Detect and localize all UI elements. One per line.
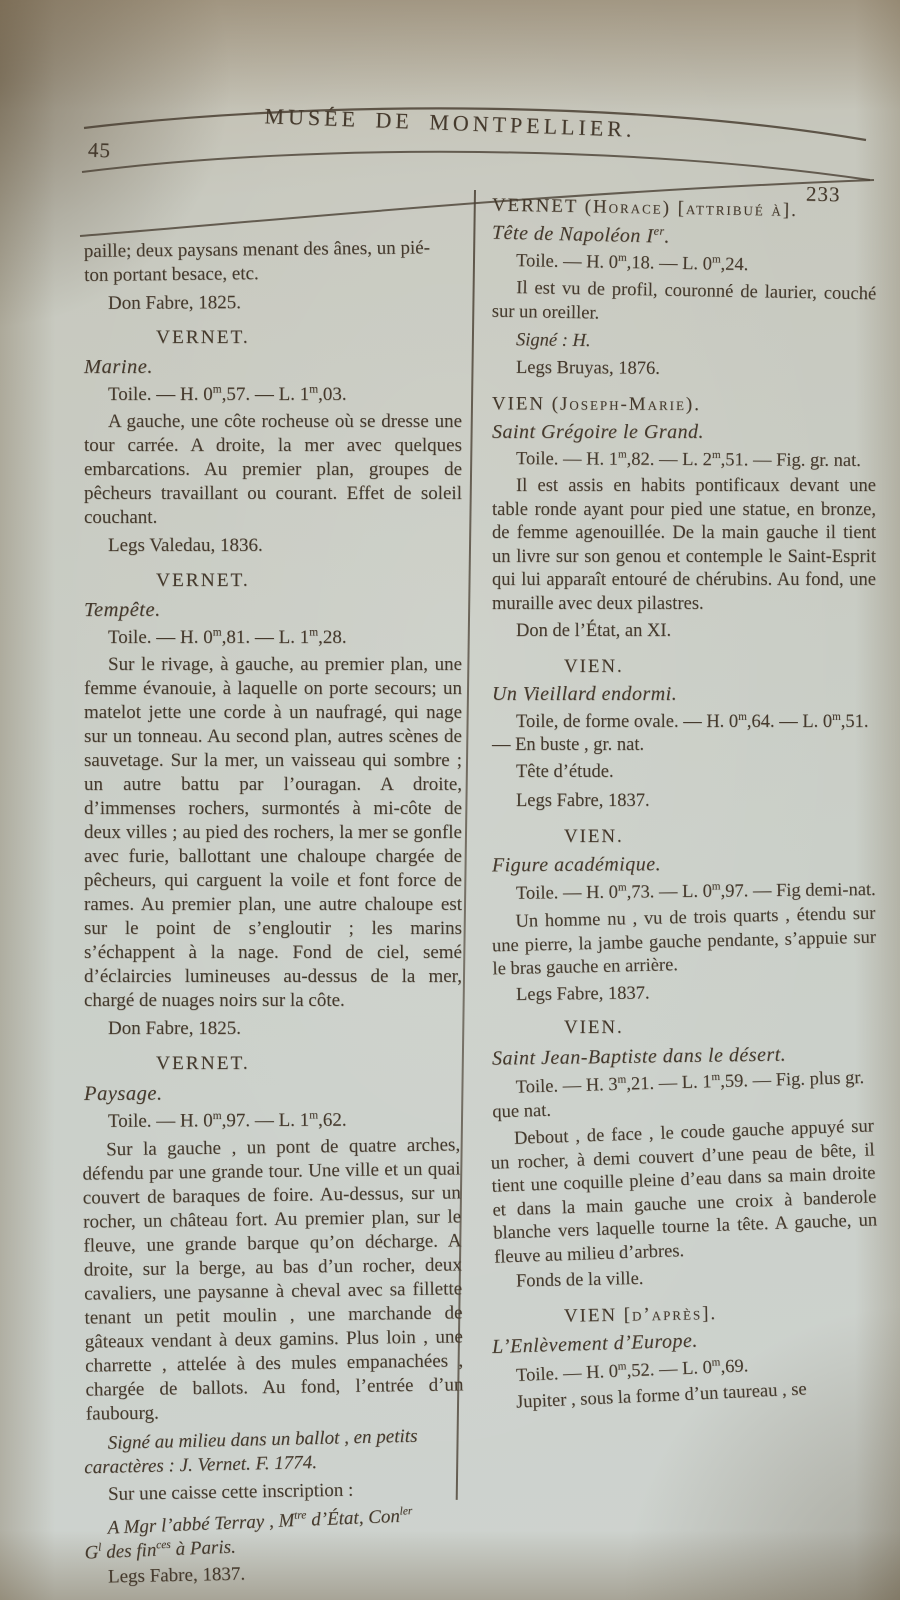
work-title: Saint Grégoire le Grand. (492, 421, 876, 445)
book-page-scan: 45 MUSÉE DE MONTPELLIER. 233 paille; deu… (0, 0, 900, 1600)
dimensions-line: Toile. — H. 1m,82. — L. 2m,51. — Fig. gr… (492, 447, 876, 473)
column-left: paille; deux paysans menant des ânes, un… (84, 238, 462, 1592)
artist-heading: VERNET (Horace) [attribué à]. (492, 194, 876, 224)
continuation-paragraph: paille; deux paysans menant des ânes, un… (84, 236, 462, 288)
description-paragraph: Sur le rivage, à gauche, au premier plan… (84, 653, 462, 1013)
artist-heading: VIEN. (564, 655, 876, 679)
artist-heading: VERNET. (156, 1052, 462, 1076)
dimensions-line: Toile. — H. 0m,97. — L. 1m,62. (84, 1108, 462, 1134)
work-title: Tête de Napoléon Ier. (492, 221, 876, 253)
artist-heading: VIEN [d’après]. (564, 1299, 876, 1328)
dimensions-line: Toile. — H. 0m,73. — L. 0m,97. — Fig dem… (492, 878, 876, 906)
artist-heading: VERNET. (156, 326, 462, 350)
inscription-note: A Mgr l’abbé Terray , Mtre d’État, Conle… (83, 1502, 463, 1565)
work-title: Un Vieillard endormi. (492, 683, 876, 707)
signature-note: Signé : H. (492, 328, 876, 356)
description-paragraph: Un homme nu , vu de trois quarts , étend… (491, 903, 877, 982)
work-title: Marine. (84, 355, 462, 379)
work-title: Tempête. (84, 598, 462, 622)
dimensions-line: Toile. — H. 0m,18. — L. 0m,24. (492, 250, 876, 280)
work-title: Saint Jean-Baptiste dans le désert. (492, 1042, 876, 1071)
provenance-line: Legs Valedau, 1836. (84, 534, 462, 558)
column-right: VERNET (Horace) [attribué à].Tête de Nap… (492, 186, 876, 1412)
provenance-line: Don Fabre, 1825. (84, 290, 462, 316)
artist-heading: VIEN. (564, 825, 876, 849)
dimensions-line: Toile. — H. 0m,57. — L. 1m,03. (84, 383, 462, 407)
description-paragraph: Il est vu de profil, couronné de laurier… (492, 276, 877, 330)
header-rule-middle (82, 152, 870, 180)
signature-note: Signé au milieu dans un ballot , en peti… (84, 1424, 463, 1481)
provenance-line: Legs Fabre, 1837. (492, 979, 876, 1007)
artist-heading: VIEN. (564, 1016, 876, 1040)
provenance-line: Legs Fabre, 1837. (492, 790, 876, 814)
artist-heading: VERNET. (156, 569, 462, 593)
dimensions-line: Toile. — H. 0m,81. — L. 1m,28. (84, 626, 462, 650)
provenance-line: Legs Bruyas, 1876. (492, 357, 876, 383)
description-paragraph: Sur la gauche , un pont de quatre arches… (82, 1133, 464, 1426)
description-paragraph: A gauche, une côte rocheuse où se dresse… (84, 410, 462, 530)
description-paragraph: Debout , de face , le coude gauche appuy… (490, 1115, 879, 1269)
dimensions-line: Toile, de forme ovale. — H. 0m,64. — L. … (492, 711, 876, 758)
provenance-line: Tête d’étude. (492, 761, 876, 785)
work-title: Paysage. (84, 1080, 462, 1106)
work-title: Figure académique. (492, 852, 876, 878)
plate-number: 45 (88, 138, 112, 164)
provenance-line: Don Fabre, 1825. (84, 1017, 462, 1041)
provenance-line: Sur une caisse cette inscription : (84, 1477, 462, 1508)
artist-heading: VIEN (Joseph-Marie). (492, 392, 876, 417)
dimensions-line: Toile. — H. 3m,21. — L. 1m,59. — Fig. pl… (491, 1067, 876, 1125)
description-paragraph: Il est assis en habits pontificaux devan… (492, 475, 876, 616)
provenance-line: Don de l’État, an XI. (492, 620, 876, 644)
